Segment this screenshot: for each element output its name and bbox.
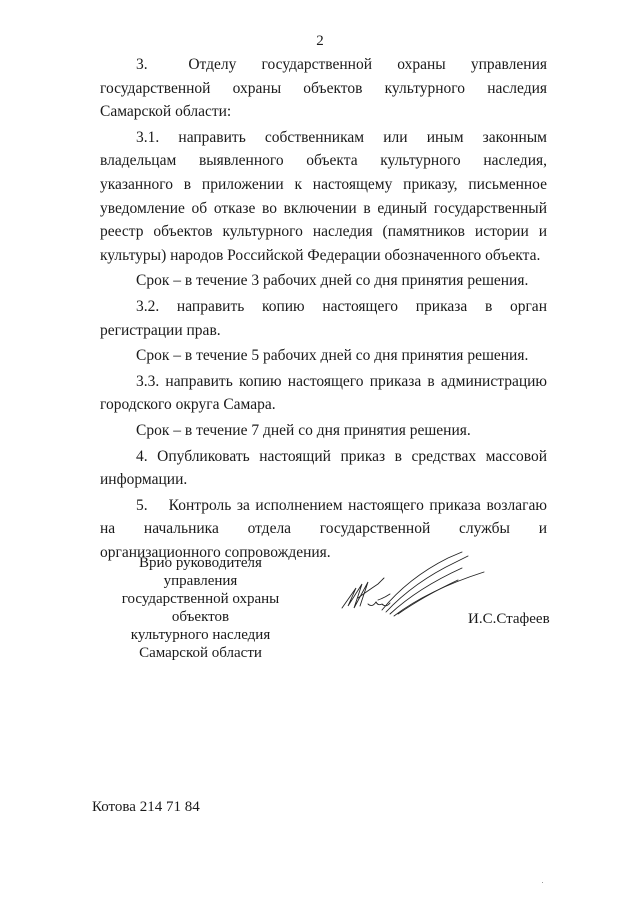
deadline-3-1: Срок – в течение 3 рабочих дней со дня п… (100, 269, 547, 293)
paragraph-4: 4. Опубликовать настоящий приказ в средс… (100, 445, 547, 492)
deadline-3-2: Срок – в течение 5 рабочих дней со дня п… (100, 344, 547, 368)
signatory-name: И.С.Стафеев (468, 611, 550, 628)
paragraph-3: 3. Отделу государственной охраны управле… (100, 53, 547, 124)
paragraph-3-1: 3.1. направить собственникам или иным за… (100, 126, 547, 268)
executor-contact: Котова 214 71 84 (92, 799, 200, 816)
paragraph-3-3: 3.3. направить копию настоящего приказа … (100, 370, 547, 417)
scan-speck (542, 882, 543, 883)
signatory-title-line: Самарской области (108, 644, 293, 662)
signatory-title: Врио руководителя управления государстве… (108, 554, 293, 662)
signatory-title-line: культурного наследия (108, 626, 293, 644)
deadline-3-3: Срок – в течение 7 дней со дня принятия … (100, 419, 547, 443)
handwritten-signature (338, 548, 488, 623)
document-body: 3. Отделу государственной охраны управле… (100, 53, 547, 564)
page-number: 2 (0, 33, 640, 50)
signatory-title-line: Врио руководителя управления (108, 554, 293, 590)
signatory-title-line: государственной охраны объектов (108, 590, 293, 626)
paragraph-3-2: 3.2. направить копию настоящего приказа … (100, 295, 547, 342)
